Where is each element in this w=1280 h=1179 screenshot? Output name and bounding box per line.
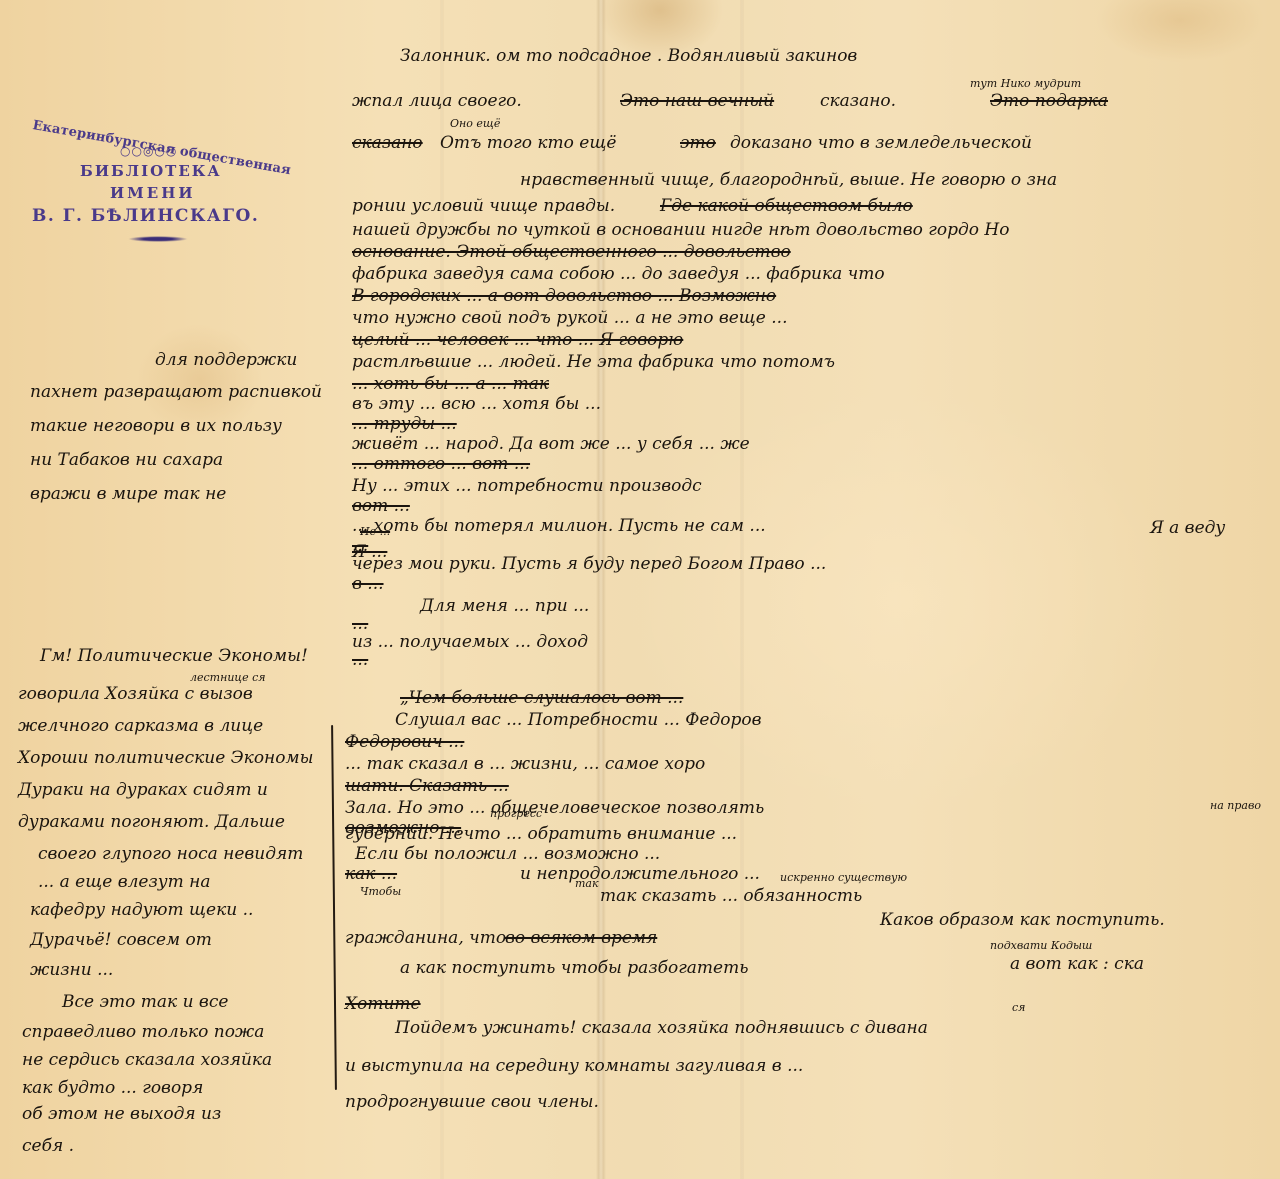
- margin-line: Дурачьё! совсем от: [30, 932, 212, 949]
- struck-line: ... оттого ... вот ...: [352, 456, 530, 473]
- struck-line: это: [680, 135, 716, 152]
- library-stamp: Екатеринбургская общественная ○○◎○○ БИБЛ…: [28, 118, 268, 268]
- main-line: а как поступить чтобы разбогатеть: [400, 960, 748, 977]
- main-line: из ... получаемых ... доход: [352, 634, 588, 651]
- struck-line: „Чем больше слушалось вот ...: [400, 690, 683, 707]
- margin-line: как будто ... говоря: [22, 1080, 203, 1097]
- main-line: Для меня ... при ...: [420, 598, 589, 615]
- main-line: въ эту ... всю ... хотя бы ...: [352, 396, 601, 413]
- paper-fold-left: [440, 0, 444, 1179]
- margin-line: справедливо только пожа: [22, 1024, 264, 1041]
- struck-line: целый ... человек ... что ... Я говорю: [352, 332, 683, 349]
- stamp-ornament-icon: ○○◎○○: [120, 144, 177, 158]
- main-line: ронии условий чище правды.: [352, 198, 615, 215]
- main-line: и выступила на середину комнаты загулива…: [345, 1058, 803, 1075]
- manuscript-page: Екатеринбургская общественная ○○◎○○ БИБЛ…: [0, 0, 1280, 1179]
- stamp-bottom-ornament-icon: [128, 236, 188, 242]
- struck-line: ... хоть бы ... а ... так: [352, 376, 549, 393]
- interlinear-note: подхвати Кодыш: [990, 940, 1092, 951]
- margin-line: Дураки на дураках сидят и: [18, 782, 268, 799]
- main-line: а вот как : ска: [1010, 956, 1144, 973]
- main-line: через мои руки. Пусть я буду перед Богом…: [352, 556, 826, 573]
- struck-line: вот ...: [352, 498, 410, 515]
- margin-interlinear: лестнице ся: [190, 672, 266, 683]
- struck-line: в ...: [352, 576, 384, 593]
- struck-line: как ...: [345, 866, 397, 883]
- margin-line: Гм! Политические Экономы!: [40, 648, 308, 665]
- struck-line: ...: [352, 616, 368, 633]
- margin-line: говорила Хозяйка с вызов: [18, 686, 253, 703]
- main-line: Зала. Но это ... общечеловеческое позвол…: [345, 800, 764, 817]
- struck-line: во всяком время: [505, 930, 657, 947]
- margin-line: такие неговори в их пользу: [30, 418, 282, 435]
- margin-line: ни Табаков ни сахара: [30, 452, 223, 469]
- main-line: растлѣвшие ... людей. Не эта фабрика что…: [352, 354, 835, 371]
- margin-line: себя .: [22, 1138, 74, 1155]
- main-line: нашей дружбы по чуткой в основании нигде…: [352, 222, 1010, 239]
- main-line: сказано.: [820, 93, 896, 110]
- struck-line: Хотите: [345, 996, 421, 1013]
- struck-line: В городских ... а вот довольство ... Воз…: [352, 288, 776, 305]
- margin-line: об этом не выходя из: [22, 1106, 221, 1123]
- struck-line: основание. Этой общественного ... доволь…: [352, 244, 791, 261]
- interlinear-note: Оно ещё: [450, 118, 500, 129]
- main-line: жпал лица своего.: [352, 93, 522, 110]
- struck-line: Не ...: [360, 526, 390, 537]
- main-line: Слушал вас ... Потребности ... Федоров: [395, 712, 761, 729]
- main-line: Пойдемъ ужинать! сказала хозяйка поднявш…: [395, 1020, 928, 1037]
- margin-line: кафедру надуют щеки ..: [30, 902, 253, 919]
- main-line: живёт ... народ. Да вот же ... у себя ..…: [352, 436, 750, 453]
- margin-line: Хороши политические Экономы: [18, 750, 313, 767]
- main-line: Ну ... этих ... потребности производс: [352, 478, 702, 495]
- struck-line: Это подарка: [990, 93, 1108, 110]
- interlinear-note: прогресс: [490, 808, 542, 819]
- stamp-line-library: БИБЛIОТЕКА: [80, 162, 222, 180]
- interlinear-note: тут Нико мудрит: [970, 78, 1081, 89]
- struck-line: Я ...: [352, 544, 387, 561]
- struck-line: Это наш вечный: [620, 93, 774, 110]
- margin-line: желчного сарказма в лице: [18, 718, 263, 735]
- interlinear-note: Чтобы: [360, 886, 401, 897]
- struck-line: шати. Сказать ...: [345, 778, 509, 795]
- interlinear-note: искренно существую: [780, 872, 907, 883]
- margin-line: Все это так и все: [62, 994, 228, 1011]
- margin-line: жизни ...: [30, 962, 113, 979]
- interlinear-note: на право: [1210, 800, 1261, 811]
- margin-line: своего глупого носа невидят: [38, 846, 303, 863]
- margin-line: пахнет развращают распивкой: [30, 384, 322, 401]
- struck-line: сказано: [352, 135, 423, 152]
- main-line: гражданина, что: [345, 930, 506, 947]
- main-line: Если бы положил ... возможно ...: [355, 846, 660, 863]
- main-line: так сказать ... обязанность: [600, 888, 862, 905]
- main-line: губернии. Нечто ... обратить внимание ..…: [345, 826, 737, 843]
- margin-line: вражи в мире так не: [30, 486, 226, 503]
- main-line: нравственный чище, благороднѣй, выше. Не…: [520, 172, 1057, 189]
- stamp-line-imeni: ИМЕНИ: [110, 184, 196, 202]
- struck-line: ... труды ...: [352, 416, 457, 433]
- main-line: Залонник. ом то подсадное . Водянливый з…: [400, 48, 857, 65]
- struck-line: Федорович ...: [345, 734, 464, 751]
- margin-divider-line: [331, 725, 337, 1090]
- interlinear-note: так: [575, 878, 599, 889]
- struck-line: Где какой обществом было: [660, 198, 913, 215]
- margin-line: для поддержки: [155, 352, 297, 369]
- margin-line: дураками погоняют. Дальше: [18, 814, 285, 831]
- main-line: ... так сказал в ... жизни, ... самое хо…: [345, 756, 705, 773]
- main-line: что нужно свой подъ рукой ... а не это в…: [352, 310, 787, 327]
- main-line: доказано что в земледельческой: [730, 135, 1032, 152]
- main-line: ... хоть бы потерял милион. Пусть не сам…: [352, 518, 766, 535]
- struck-line: ...: [352, 652, 368, 669]
- stamp-line-belinsky: В. Г. БѢЛИНСКАГО.: [32, 206, 259, 226]
- main-line: фабрика заведуя сама собою ... до заведу…: [352, 266, 885, 283]
- main-line: и непродолжительного ...: [520, 866, 760, 883]
- main-line: Я а веду: [1150, 520, 1225, 537]
- main-line: продрогнувшие свои члены.: [345, 1094, 599, 1111]
- margin-line: ... а еще влезут на: [38, 874, 210, 891]
- main-line: Каков образом как поступить.: [880, 912, 1165, 929]
- main-line: Отъ того кто ещё: [440, 135, 616, 152]
- margin-line: не сердись сказала хозяйка: [22, 1052, 272, 1069]
- interlinear-note: ся: [1012, 1002, 1025, 1013]
